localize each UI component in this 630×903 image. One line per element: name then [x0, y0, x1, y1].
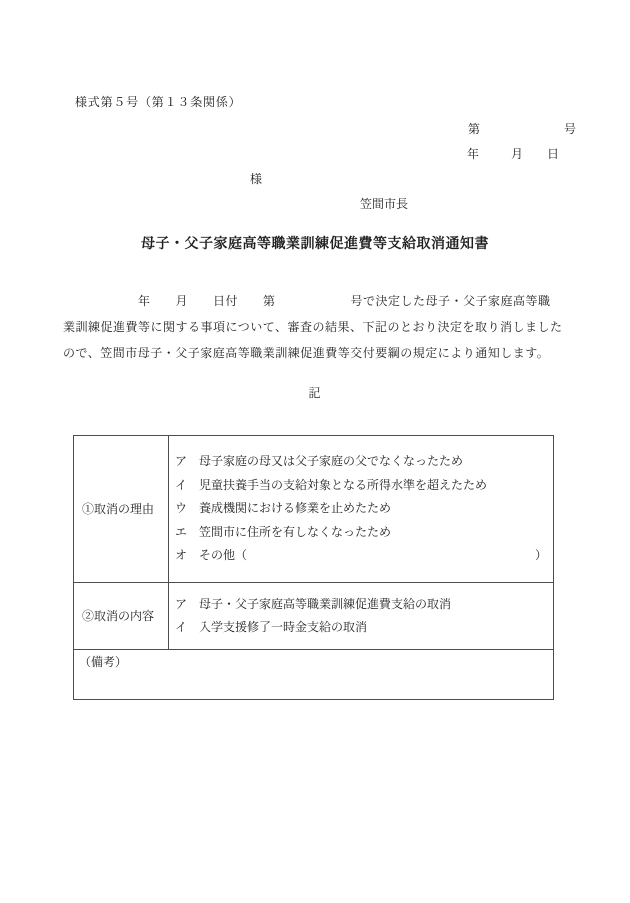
doc-number-prefix-label: 第 — [468, 121, 480, 137]
reason-item: イ 児童扶養手当の支給対象となる所得水準を超えたため — [175, 474, 553, 497]
document-page: 様式第５号（第１３条関係） 第 号 年 月 日 様 笠間市長 母子・父子家庭高等… — [0, 0, 630, 903]
date-year-label: 年 — [467, 146, 479, 162]
body-line: 年 月 日付 第 号で決定した母子・父子家庭高等職 — [63, 288, 567, 314]
reason-item: オ その他（ ） — [175, 544, 553, 567]
doc-number-suffix-label: 号 — [564, 121, 576, 137]
date-day-label: 日 — [547, 146, 559, 162]
reason-row-header: ①取消の理由 — [74, 436, 169, 582]
reason-row: ①取消の理由 ア 母子家庭の母又は父子家庭の父でなくなったため イ 児童扶養手当… — [74, 436, 553, 582]
content-list: ア 母子・父子家庭高等職業訓練促進費支給の取消 イ 入学支援修了一時金支給の取消 — [169, 583, 553, 649]
body-paragraph: 年 月 日付 第 号で決定した母子・父子家庭高等職 業訓練促進費等に関する事項に… — [63, 288, 567, 366]
remarks-label: （備考） — [74, 650, 553, 699]
cancellation-table: ①取消の理由 ア 母子家庭の母又は父子家庭の父でなくなったため イ 児童扶養手当… — [73, 435, 554, 700]
reason-list: ア 母子家庭の母又は父子家庭の父でなくなったため イ 児童扶養手当の支給対象とな… — [169, 436, 553, 582]
reason-item: ウ 養成機関における修業を止めたため — [175, 497, 553, 520]
body-line: 業訓練促進費等に関する事項について、審査の結果、下記のとおり決定を取り消しました — [63, 314, 567, 340]
form-number-label: 様式第５号（第１３条関係） — [75, 94, 241, 110]
content-row-header: ②取消の内容 — [74, 583, 169, 649]
remarks-row: （備考） — [74, 649, 553, 699]
addressee-honorific: 様 — [250, 171, 262, 187]
content-item: ア 母子・父子家庭高等職業訓練促進費支給の取消 — [175, 593, 553, 616]
content-row: ②取消の内容 ア 母子・父子家庭高等職業訓練促進費支給の取消 イ 入学支援修了一… — [74, 582, 553, 649]
document-title: 母子・父子家庭高等職業訓練促進費等支給取消通知書 — [0, 237, 630, 253]
content-item: イ 入学支援修了一時金支給の取消 — [175, 616, 553, 639]
date-month-label: 月 — [511, 146, 523, 162]
reason-item: ア 母子家庭の母又は父子家庭の父でなくなったため — [175, 450, 553, 473]
reason-item: エ 笠間市に住所を有しなくなったため — [175, 521, 553, 544]
sender-name: 笠間市長 — [360, 196, 408, 212]
body-line: ので、笠間市母子・父子家庭高等職業訓練促進費等交付要綱の規定により通知します。 — [63, 340, 567, 366]
record-marker: 記 — [0, 385, 630, 401]
